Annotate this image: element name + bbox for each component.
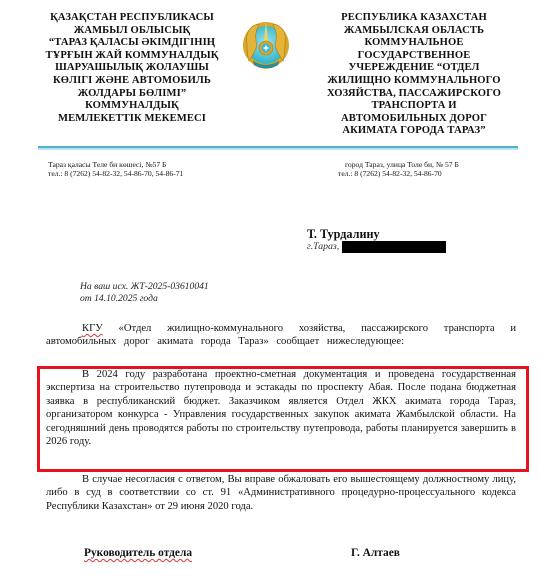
signature-role: Руководитель отдела bbox=[84, 547, 192, 559]
recipient-block: Т. Турдалину г.Тараз, bbox=[307, 227, 446, 253]
recipient-address: г.Тараз, bbox=[307, 241, 446, 253]
org-ru-line: ХОЗЯЙСТВА, ПАССАЖИРСКОГО bbox=[313, 88, 515, 101]
org-ru-line: ГОСУДАРСТВЕННОЕ bbox=[313, 50, 515, 63]
address-ru: город Тараз, улица Толе би, № 57 Б тел.:… bbox=[338, 160, 459, 179]
org-ru-line: АВТОМОБИЛЬНЫХ ДОРОГ bbox=[313, 113, 515, 126]
appeal-paragraph: В случае несогласия с ответом, Вы вправе… bbox=[46, 473, 516, 513]
org-kz-line: ҚАЗАҚСТАН РЕСПУБЛИКАСЫ bbox=[28, 12, 236, 25]
address-kz-phone: тел.: 8 (7262) 54-82-32, 54-86-70, 54-86… bbox=[48, 169, 183, 178]
org-ru-line: ТРАНСПОРТА И bbox=[313, 100, 515, 113]
redacted-address bbox=[342, 241, 446, 253]
org-ru-line: УЧЕРЕЖДЕНИЕ “ОТДЕЛ bbox=[313, 62, 515, 75]
appeal-text: В случае несогласия с ответом, Вы вправе… bbox=[46, 474, 516, 512]
reference-number: На ваш исх. ЖТ-2025-03610041 bbox=[80, 281, 209, 293]
reference-block: На ваш исх. ЖТ-2025-03610041 от 14.10.20… bbox=[80, 281, 209, 305]
recipient-city: г.Тараз, bbox=[307, 241, 339, 253]
letterhead-rule-left bbox=[38, 146, 270, 150]
address-ru-street: город Тараз, улица Толе би, № 57 Б bbox=[338, 160, 459, 169]
org-ru-line: АКИМАТА ГОРОДА ТАРАЗ” bbox=[313, 125, 515, 138]
signature-name: Г. Алтаев bbox=[351, 547, 400, 559]
intro-paragraph: КГУ «Отдел жилищно-коммунального хозяйст… bbox=[46, 322, 516, 349]
state-emblem-icon bbox=[241, 11, 291, 79]
intro-abbreviation: КГУ bbox=[82, 323, 103, 334]
org-ru-line: КОММУНАЛЬНОЕ bbox=[313, 37, 515, 50]
org-kz-line: ТҰРҒЫН ЖАЙ КОММУНАЛДЫҚ bbox=[28, 50, 236, 63]
org-header-ru: РЕСПУБЛИКА КАЗАХСТАН ЖАМБЫЛСКАЯ ОБЛАСТЬ … bbox=[313, 12, 515, 138]
org-kz-line: КОММУНАЛДЫҚ bbox=[28, 100, 236, 113]
address-ru-phone: тел.: 8 (7262) 54-82-32, 54-86-70 bbox=[338, 169, 459, 178]
org-ru-line: РЕСПУБЛИКА КАЗАХСТАН bbox=[313, 12, 515, 25]
org-ru-line: ЖАМБЫЛСКАЯ ОБЛАСТЬ bbox=[313, 25, 515, 38]
reference-date: от 14.10.2025 года bbox=[80, 293, 209, 305]
highlight-box bbox=[37, 366, 529, 472]
org-kz-line: ЖАМБЫЛ ОБЛЫСЫҚ bbox=[28, 25, 236, 38]
org-kz-line: ЖОЛДАРЫ БӨЛІМІ” bbox=[28, 88, 236, 101]
org-header-kz: ҚАЗАҚСТАН РЕСПУБЛИКАСЫ ЖАМБЫЛ ОБЛЫСЫҚ “Т… bbox=[28, 12, 236, 125]
org-kz-line: “ТАРАЗ ҚАЛАСЫ ӘКІМДІГІНІҢ bbox=[28, 37, 236, 50]
recipient-name: Т. Турдалину bbox=[307, 227, 446, 241]
address-kz: Тараз қаласы Теле би көшесі, №57 Б тел.:… bbox=[48, 160, 183, 179]
org-ru-line: ЖИЛИЩНО КОММУНАЛЬНОГО bbox=[313, 75, 515, 88]
intro-text: «Отдел жилищно-коммунального хозяйства, … bbox=[46, 323, 516, 347]
org-kz-line: МЕМЛЕКЕТТІК МЕКЕМЕСІ bbox=[28, 113, 236, 126]
address-kz-street: Тараз қаласы Теле би көшесі, №57 Б bbox=[48, 160, 183, 169]
letterhead-rule-right bbox=[270, 146, 518, 150]
org-kz-line: ШАРУАШЫЛЫҚ ЖОЛАУШЫ bbox=[28, 62, 236, 75]
org-kz-line: КӨЛІГІ ЖӘНЕ АВТОМОБИЛЬ bbox=[28, 75, 236, 88]
